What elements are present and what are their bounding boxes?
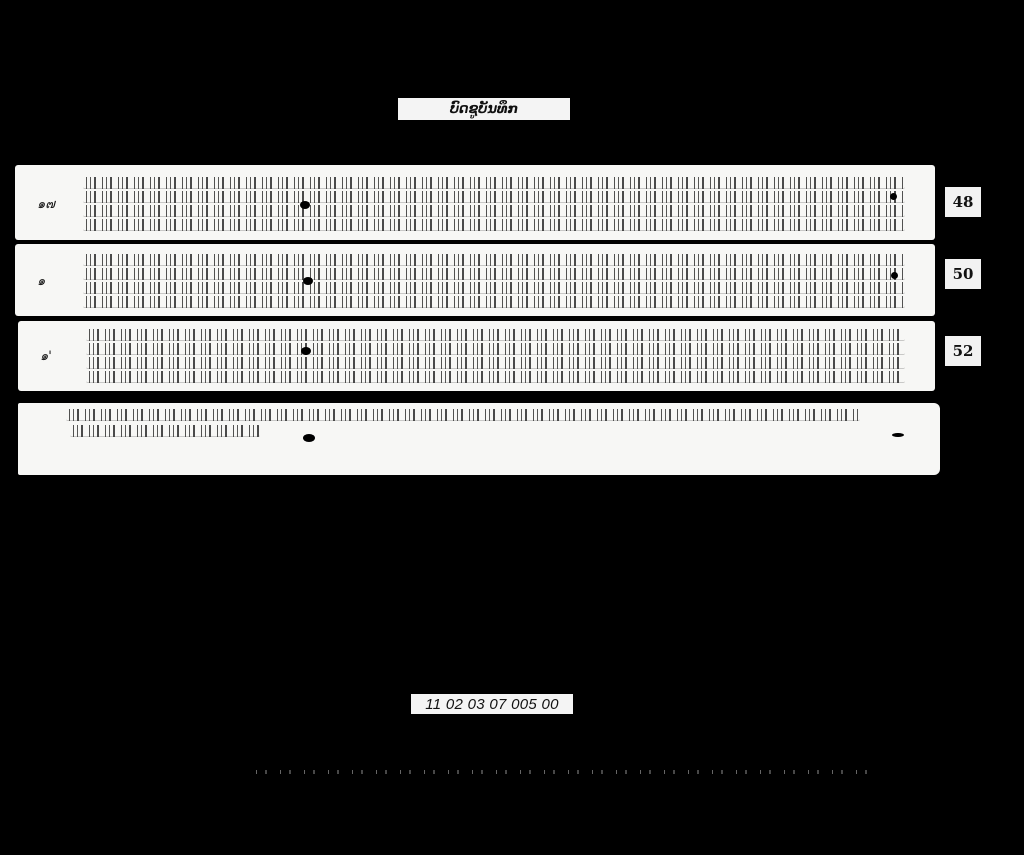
string-hole-icon (892, 433, 904, 437)
leaf-folio-number: ๑' (40, 345, 52, 366)
page-number-badge: 50 (945, 259, 981, 289)
page-number-badge: 48 (945, 187, 981, 217)
reference-code-label: 11 02 03 07 005 00 (411, 694, 573, 714)
script-line (86, 329, 905, 341)
script-line (83, 205, 905, 217)
manuscript-title-label: ບົດຊູບັນທຶກ (398, 98, 570, 120)
palm-leaf-3: ๑' (18, 321, 935, 391)
leaf-folio-number: ๑๗ (37, 193, 55, 214)
palm-leaf-2: ๑ (15, 244, 935, 316)
leaf-folio-number: ๑ (37, 270, 45, 291)
string-hole-icon (891, 272, 898, 279)
palm-leaf-1: ๑๗ (15, 165, 935, 240)
string-hole-icon (300, 201, 310, 209)
script-line (83, 282, 905, 294)
script-line (83, 219, 905, 231)
script-line (66, 409, 860, 421)
script-line (83, 191, 905, 203)
palm-leaf-colophon (18, 403, 940, 475)
script-line (83, 177, 905, 189)
manuscript-title-text: ບົດຊູບັນທຶກ (450, 102, 519, 117)
string-hole-icon (890, 193, 897, 200)
script-line (83, 254, 905, 266)
script-line (86, 371, 905, 383)
string-hole-icon (301, 347, 311, 355)
script-line (70, 425, 260, 437)
page-number-badge: 52 (945, 336, 981, 366)
script-line (83, 268, 905, 280)
string-hole-icon (303, 434, 315, 442)
reference-code-text: 11 02 03 07 005 00 (425, 696, 559, 713)
string-hole-icon (303, 277, 313, 285)
script-line (86, 343, 905, 355)
script-line (86, 357, 905, 369)
script-line (83, 296, 905, 308)
scan-artifact-strip (250, 770, 870, 774)
